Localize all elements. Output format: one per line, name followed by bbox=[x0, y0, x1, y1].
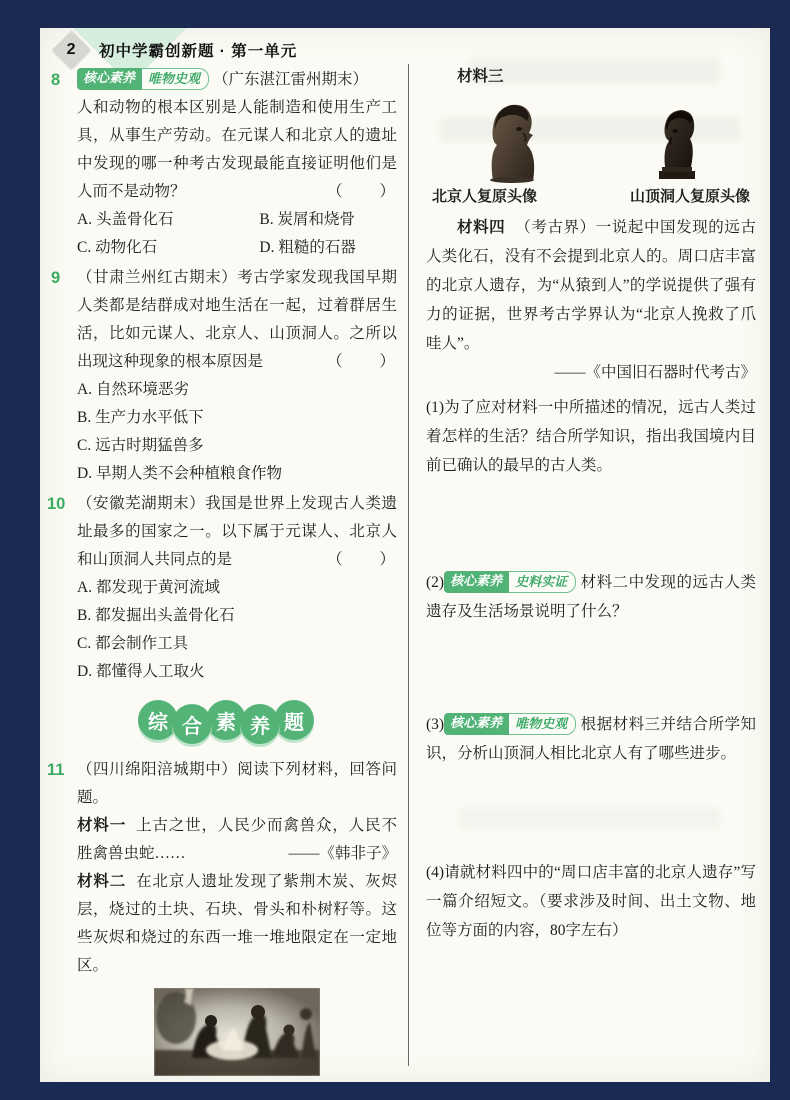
question-8-headline: 核心素养唯物史观（广东湛江雷州期末） bbox=[77, 66, 397, 94]
core-literacy-label: 核心素养 bbox=[77, 68, 142, 90]
option-b: B. 炭屑和烧骨 bbox=[259, 206, 397, 234]
page-number-diamond: 2 bbox=[52, 30, 90, 68]
shandingdong-man-bust-image bbox=[645, 105, 709, 183]
question-8: 8 核心素养唯物史观（广东湛江雷州期末） 人和动物的根本区别是人能制造和使用生产… bbox=[55, 66, 397, 262]
comprehensive-literacy-section-badge: 综 合 素 养 题 bbox=[55, 700, 397, 746]
sub-question-1: (1)为了应对材料一中所描述的情况，远古人类过着怎样的生活？结合所学知识，指出我… bbox=[426, 393, 756, 480]
page-number: 2 bbox=[67, 41, 76, 59]
option-d: D. 粗糙的石器 bbox=[259, 234, 397, 262]
column-divider bbox=[408, 64, 409, 1066]
material-2: 材料二在北京人遗址发现了紫荆木炭、灰烬层，烧过的土块、石块、骨头和朴树籽等。这些… bbox=[77, 868, 397, 980]
section-badge-char: 合 bbox=[172, 704, 212, 744]
material-4-attribution: ——《中国旧石器时代考古》 bbox=[426, 358, 756, 387]
option-b: B. 都发掘出头盖骨化石 bbox=[77, 602, 397, 630]
material-4-label: 材料四 bbox=[457, 219, 505, 236]
peking-man-bust-image bbox=[473, 95, 551, 183]
core-literacy-label: 核心素养 bbox=[444, 713, 509, 735]
core-literacy-badge: 核心素养史料实证 bbox=[444, 571, 576, 593]
answer-bracket: （ ） bbox=[327, 178, 397, 206]
sub-question-4-number: (4) bbox=[426, 864, 444, 881]
material-2-label: 材料二 bbox=[77, 873, 126, 890]
sub-question-4-text: 请就材料四中的“周口店丰富的北京人遗存”写一篇介绍短文。（要求涉及时间、出土文物… bbox=[426, 864, 756, 939]
question-11: 11 （四川绵阳涪城期中）阅读下列材料，回答问题。 材料一上古之世，人民少而禽兽… bbox=[55, 756, 397, 1076]
material-1-attribution: ——《韩非子》 bbox=[288, 840, 397, 868]
question-10-number: 10 bbox=[47, 490, 65, 518]
material-3-heading: 材料三 bbox=[426, 62, 756, 91]
answer-bracket: （ ） bbox=[327, 348, 397, 376]
question-10-stem: （安徽芜湖期末）我国是世界上发现古人类遗址最多的国家之一。以下属于元谋人、北京人… bbox=[77, 490, 397, 574]
question-10-source: （安徽芜湖期末） bbox=[77, 495, 205, 512]
option-a: A. 都发现于黄河流域 bbox=[77, 574, 397, 602]
answer-space bbox=[426, 480, 756, 568]
sub-question-2-number: (2) bbox=[426, 574, 444, 591]
option-d: D. 早期人类不会种植粮食作物 bbox=[77, 460, 397, 488]
question-8-source: （广东湛江雷州期末） bbox=[213, 71, 368, 88]
sub-question-4: (4)请就材料四中的“周口店丰富的北京人遗存”写一篇介绍短文。（要求涉及时间、出… bbox=[426, 858, 756, 945]
peking-man-caption: 北京人复原头像 bbox=[432, 185, 537, 209]
section-badge-char: 养 bbox=[240, 704, 280, 744]
question-9-options: A. 自然环境恶劣 B. 生产力水平低下 C. 远古时期猛兽多 D. 早期人类不… bbox=[77, 376, 397, 488]
question-8-options: A. 头盖骨化石 B. 炭屑和烧骨 C. 动物化石 D. 粗糙的石器 bbox=[77, 206, 397, 262]
core-literacy-badge: 核心素养唯物史观 bbox=[444, 713, 576, 735]
materialism-label: 唯物史观 bbox=[509, 713, 576, 735]
question-10: 10 （安徽芜湖期末）我国是世界上发现古人类遗址最多的国家之一。以下属于元谋人、… bbox=[55, 490, 397, 686]
material-1-label: 材料一 bbox=[77, 817, 126, 834]
shandingdong-man-caption: 山顶洞人复原头像 bbox=[630, 185, 750, 209]
material-4: 材料四（考古界）一说起中国发现的远古人类化石，没有不会提到北京人的。周口店丰富的… bbox=[426, 213, 756, 387]
answer-space bbox=[426, 626, 756, 710]
question-11-number: 11 bbox=[47, 756, 64, 784]
option-c: C. 都会制作工具 bbox=[77, 630, 397, 658]
question-11-stem: （四川绵阳涪城期中）阅读下列材料，回答问题。 bbox=[77, 756, 397, 812]
answer-space bbox=[426, 768, 756, 858]
sub-question-3: (3)核心素养唯物史观根据材料三并结合所学知识，分析山顶洞人相比北京人有了哪些进… bbox=[426, 710, 756, 768]
materialism-label: 唯物史观 bbox=[142, 68, 209, 90]
option-b: B. 生产力水平低下 bbox=[77, 404, 397, 432]
option-c: C. 远古时期猛兽多 bbox=[77, 432, 397, 460]
right-column: 材料三 bbox=[426, 62, 756, 945]
option-a: A. 头盖骨化石 bbox=[77, 206, 259, 234]
ancient-humans-fire-scene-image bbox=[154, 988, 320, 1076]
page-header: 2 初中学霸创新题 · 第一单元 bbox=[58, 36, 297, 63]
question-8-stem: 人和动物的根本区别是人能制造和使用生产工具，从事生产劳动。在元谋人和北京人的遗址… bbox=[77, 94, 397, 206]
sub-question-3-number: (3) bbox=[426, 716, 444, 733]
sub-question-1-text: 为了应对材料一中所描述的情况，远古人类过着怎样的生活？结合所学知识，指出我国境内… bbox=[426, 399, 756, 474]
sub-question-1-number: (1) bbox=[426, 399, 444, 416]
workbook-page: 2 初中学霸创新题 · 第一单元 8 核心素养唯物史观（广东湛江雷州期末） 人和… bbox=[40, 28, 770, 1082]
sub-question-2: (2)核心素养史料实证材料二中发现的远古人类遗存及生活场景说明了什么？ bbox=[426, 568, 756, 626]
option-a: A. 自然环境恶劣 bbox=[77, 376, 397, 404]
bust-figures bbox=[426, 95, 756, 183]
option-c: C. 动物化石 bbox=[77, 234, 259, 262]
material-4-text: （考古界）一说起中国发现的远古人类化石，没有不会提到北京人的。周口店丰富的北京人… bbox=[426, 219, 756, 352]
core-literacy-label: 核心素养 bbox=[444, 571, 509, 593]
answer-bracket: （ ） bbox=[327, 546, 397, 574]
section-badge-char: 题 bbox=[274, 700, 314, 740]
question-9-source: （甘肃兰州红古期末） bbox=[77, 269, 237, 286]
material-1: 材料一上古之世，人民少而禽兽众，人民不胜禽兽虫蛇……——《韩非子》 bbox=[77, 812, 397, 868]
question-9-number: 9 bbox=[51, 264, 60, 292]
bust-captions: 北京人复原头像 山顶洞人复原头像 bbox=[426, 185, 756, 209]
material-3-label: 材料三 bbox=[457, 68, 504, 85]
left-column: 8 核心素养唯物史观（广东湛江雷州期末） 人和动物的根本区别是人能制造和使用生产… bbox=[55, 66, 397, 1076]
option-d: D. 都懂得人工取火 bbox=[77, 658, 397, 686]
book-title: 初中学霸创新题 · 第一单元 bbox=[99, 39, 297, 61]
core-literacy-badge: 核心素养唯物史观 bbox=[77, 68, 209, 90]
evidence-label: 史料实证 bbox=[509, 571, 576, 593]
question-9-stem: （甘肃兰州红古期末）考古学家发现我国早期人类都是结群成对地生活在一起，过着群居生… bbox=[77, 264, 397, 376]
question-11-source: （四川绵阳涪城期中） bbox=[77, 761, 237, 778]
material-4-paragraph: 材料四（考古界）一说起中国发现的远古人类化石，没有不会提到北京人的。周口店丰富的… bbox=[426, 213, 756, 358]
question-8-number: 8 bbox=[51, 66, 60, 94]
question-10-options: A. 都发现于黄河流域 B. 都发掘出头盖骨化石 C. 都会制作工具 D. 都懂… bbox=[77, 574, 397, 686]
question-9: 9 （甘肃兰州红古期末）考古学家发现我国早期人类都是结群成对地生活在一起，过着群… bbox=[55, 264, 397, 488]
